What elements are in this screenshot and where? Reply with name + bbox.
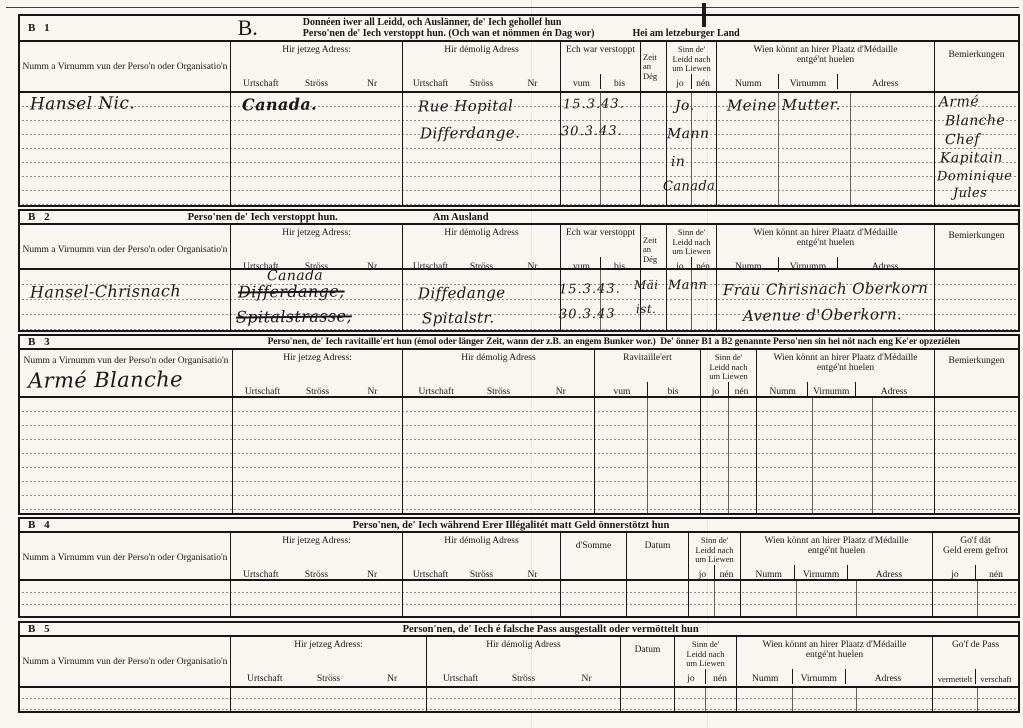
jo-label: jo xyxy=(691,565,714,580)
subcolumn-divider xyxy=(728,398,729,513)
column-divider xyxy=(560,93,561,205)
stross-label: Ströss xyxy=(492,669,555,684)
numm-label: Numm xyxy=(719,74,778,89)
jo-label: jo xyxy=(669,74,691,89)
section-subtitle: Am Ausland xyxy=(433,212,489,223)
section-b2-titlebar: B 2 Perso'nen de' Iech verstoppt hun. Am… xyxy=(20,211,1018,225)
handwritten-demolig-line2: Spitalstr. xyxy=(422,311,495,327)
col-header-datum: Datum xyxy=(620,637,674,686)
section-b3: B 3 Perso'nen, de' Iech ravitaille'ert h… xyxy=(18,334,1020,515)
handwritten-demolig-line1: Rue Hopital xyxy=(418,99,513,115)
col-header-verstoppt: Ech war verstoppt vumbis xyxy=(560,225,640,274)
ravitailleert-sublabels: vumbis xyxy=(597,382,698,397)
handwritten-date-from: 15.3.43. xyxy=(563,98,625,112)
col-header-medaille: Wien könnt an hirer Plaatz d'Médaille en… xyxy=(756,350,934,399)
verstoppt-label: Ech war verstoppt xyxy=(563,45,638,55)
col-header-jetzeg-adress: Hir jetzeg Adress: UrtschaftStrössNr xyxy=(230,42,402,91)
column-divider xyxy=(620,688,621,711)
col-header-bemierkungen: Bemierkungen xyxy=(934,225,1018,274)
virnumm-label: Virnumm xyxy=(794,565,846,580)
stross-label: Ströss xyxy=(290,382,345,397)
col-header-sinn-liewen: Sinn de' Leidd nach um Liewen jonén xyxy=(666,42,716,91)
section-title: Perso'nen, de' Iech während Erer Illégal… xyxy=(353,520,670,531)
sinn-labels: Sinn de' Leidd nach um Liewen xyxy=(677,640,734,669)
section-b1-body: Hansel Nic. Canada. Rue Hopital Differda… xyxy=(20,93,1018,205)
column-divider xyxy=(666,270,667,330)
gof-pass-label: Go'f de Pass xyxy=(935,640,1016,650)
stross-label: Ströss xyxy=(297,669,361,684)
section-b5-header: Numm a Virnumm vun der Perso'n oder Orga… xyxy=(20,637,1018,688)
column-divider xyxy=(232,398,233,513)
col-header-sinn-liewen: Sinn de' Leidd nach um Liewen jonén xyxy=(666,225,716,274)
handwritten-bem-4: Kapitain xyxy=(940,151,1003,166)
handwritten-bem-1: Armé xyxy=(939,95,979,109)
stross-label: Ströss xyxy=(467,382,529,397)
column-divider xyxy=(934,270,935,330)
bemierkungen-label: Bemierkungen xyxy=(937,50,1016,60)
jetzeg-label: Hir jetzeg Adress: xyxy=(233,640,424,650)
handwritten-date-to: 30.3.43 xyxy=(559,308,616,322)
column-divider xyxy=(934,398,935,513)
title-part1: Perso'nen, de' Iech ravitaille'ert hun (… xyxy=(268,337,656,347)
handwritten-zeit-2: ist. xyxy=(636,303,656,315)
ravitailleert-label: Ravitaille'ert xyxy=(597,353,698,363)
subcolumn-divider xyxy=(812,398,813,513)
handwritten-zeit-1: Mäi xyxy=(634,279,659,291)
zeit-label-3: Dég xyxy=(643,255,664,265)
medaille-label-1: Wien könnt an hirer Plaatz d'Médaille xyxy=(719,45,932,55)
nen-label: nén xyxy=(714,565,738,580)
col-header-gof-pass: Go'f de Pass vermetteltverschaft xyxy=(932,637,1018,686)
medaille-label-1: Wien könnt an hirer Plaatz d'Médaille xyxy=(759,353,932,363)
handwritten-jetzeg-old1: Differdange, xyxy=(238,283,345,300)
col-header-zeit: Zeit an Dég xyxy=(640,225,666,274)
handwritten-medaille-line2: Avenue d'Oberkorn. xyxy=(743,307,902,324)
col-header-ravitailleert: Ravitaille'ert vumbis xyxy=(594,350,700,399)
col-header-demolig-adress: Hir démolig Adress UrtschaftStrössNr xyxy=(402,350,594,399)
nen-label: nén xyxy=(975,565,1016,580)
somme-label: d'Somme xyxy=(563,541,624,551)
col-header-medaille: Wien könnt an hirer Plaatz d'Médaille en… xyxy=(716,42,934,91)
column-divider xyxy=(402,398,403,513)
handwritten-liewen-2: Mann xyxy=(667,127,709,141)
handwritten-demolig-line2: Differdange. xyxy=(420,125,520,141)
col-header-jetzeg-adress: Hir jetzeg Adress: UrtschaftStrössNr xyxy=(232,350,402,399)
col-header-name-label: Numm a Virnumm vun der Perso'n oder Orga… xyxy=(22,356,230,366)
nr-label: Nr xyxy=(344,74,400,89)
jetzeg-sublabels: UrtschaftStrössNr xyxy=(233,669,424,684)
handwritten-name: Hansel Nic. xyxy=(30,95,135,113)
gof-geld-labels: Go'f dät Geld erem gefrot xyxy=(935,536,1016,556)
column-divider xyxy=(716,270,717,330)
jetzeg-label: Hir jetzeg Adress: xyxy=(233,536,400,546)
column-divider xyxy=(932,581,933,616)
sinn-labels: Sinn de' Leidd nach um Liewen xyxy=(691,536,738,565)
column-divider xyxy=(402,93,403,205)
bemierkungen-label: Bemierkungen xyxy=(937,231,1016,241)
section-id: B 1 xyxy=(28,22,53,34)
urtschaft-label: Urtschaft xyxy=(429,669,492,684)
col-header-demolig-adress: Hir démolig Adress UrtschaftStrössNr xyxy=(402,225,560,274)
jetzeg-sublabels: UrtschaftStrössNr xyxy=(233,74,400,89)
col-header-name-label: Numm a Virnumm vun der Perso'n oder Orga… xyxy=(22,245,228,255)
urtschaft-label: Urtschaft xyxy=(233,74,289,89)
col-header-datum: Datum xyxy=(626,533,688,582)
demolig-label: Hir démolig Adress xyxy=(405,228,558,238)
medaille-label-1: Wien könnt an hirer Plaatz d'Médaille xyxy=(719,228,932,238)
gof-geld-label-1: Go'f dät xyxy=(935,536,1016,546)
sinn-sublabels: jonén xyxy=(677,669,734,684)
nen-label: nén xyxy=(705,669,734,684)
column-divider xyxy=(756,398,757,513)
col-header-demolig-adress: Hir démolig Adress UrtschaftStrössNr xyxy=(402,533,560,582)
jetzeg-sublabels: UrtschaftStrössNr xyxy=(233,565,400,580)
column-divider xyxy=(700,398,701,513)
col-header-name: Numm a Virnumm vun der Perso'n oder Orga… xyxy=(20,637,230,686)
col-header-demolig-adress: Hir démolig Adress UrtschaftStrössNr xyxy=(402,42,560,91)
col-header-medaille: Wien könnt an hirer Plaatz d'Médaille en… xyxy=(716,225,934,274)
subcolumn-divider xyxy=(977,581,978,616)
handwritten-bem-3: Chef xyxy=(945,133,980,147)
adress-label: Adress xyxy=(847,565,930,580)
sinn-sublabels: jonén xyxy=(691,565,738,580)
demolig-sublabels: UrtschaftStrössNr xyxy=(429,669,618,684)
section-b1: B 1 B. Donnéen iwer all Leidd, och Auslä… xyxy=(18,14,1020,207)
demolig-label: Hir démolig Adress xyxy=(405,353,592,363)
col-header-medaille: Wien könnt an hirer Plaatz d'Médaille en… xyxy=(736,637,932,686)
subcolumn-divider xyxy=(705,688,706,711)
col-header-medaille: Wien könnt an hirer Plaatz d'Médaille en… xyxy=(740,533,932,582)
vermettelt-label: vermettelt xyxy=(935,669,975,684)
section-b4-body xyxy=(20,581,1018,616)
bis-label: bis xyxy=(647,382,698,397)
urtschaft-label: Urtschaft xyxy=(233,669,297,684)
column-divider xyxy=(688,581,689,616)
demolig-label: Hir démolig Adress xyxy=(405,45,558,55)
title-line1: Donnéen iwer all Leidd, och Auslänner, d… xyxy=(303,17,740,29)
urtschaft-label: Urtschaft xyxy=(235,382,290,397)
col-header-zeit: Zeit an Dég xyxy=(640,42,666,91)
column-divider xyxy=(640,93,641,205)
medaille-label-2: entgé'nt huelen xyxy=(743,546,930,556)
col-header-sinn-liewen: Sinn de' Leidd nach um Liewen jonén xyxy=(700,350,756,399)
section-b4-header: Numm a Virnumm vun der Perso'n oder Orga… xyxy=(20,533,1018,581)
medaille-labels: Wien könnt an hirer Plaatz d'Médaille en… xyxy=(739,640,930,660)
col-header-verstoppt: Ech war verstoppt vumbis xyxy=(560,42,640,91)
col-header-somme: d'Somme xyxy=(560,533,626,582)
sinn-label-3: um Liewen xyxy=(677,659,734,669)
adress-label: Adress xyxy=(845,669,930,684)
col-header-jetzeg-adress: Hir jetzeg Adress: UrtschaftStrössNr xyxy=(230,533,402,582)
demolig-sublabels: UrtschaftStrössNr xyxy=(405,74,558,89)
handwritten-bem-6: Jules xyxy=(953,187,987,200)
handwritten-liewen-3: in xyxy=(671,155,685,169)
bis-label: bis xyxy=(600,74,638,89)
column-divider xyxy=(560,581,561,616)
numm-label: Numm xyxy=(759,382,807,397)
handwritten-demolig-line1: Diffedange xyxy=(418,286,506,302)
vum-label: vum xyxy=(563,74,600,89)
column-divider xyxy=(626,581,627,616)
subcolumn-divider xyxy=(850,93,851,205)
nen-label: nén xyxy=(728,382,754,397)
numm-label: Numm xyxy=(739,669,792,684)
medaille-sublabels: NummVirnummAdress xyxy=(759,382,932,397)
verstoppt-sublabels: vumbis xyxy=(563,74,638,89)
column-divider xyxy=(230,270,231,330)
demolig-sublabels: UrtschaftStrössNr xyxy=(405,382,592,397)
datum-label: Datum xyxy=(629,541,686,551)
handwritten-date-from: 15.3.43. xyxy=(559,283,621,297)
gof-geld-sublabels: jonén xyxy=(935,565,1016,580)
vum-label: vum xyxy=(597,382,647,397)
subcolumn-divider xyxy=(796,581,797,616)
medaille-label-1: Wien könnt an hirer Plaatz d'Médaille xyxy=(739,640,930,650)
medaille-labels: Wien könnt an hirer Plaatz d'Médaille en… xyxy=(719,228,932,248)
medaille-label-1: Wien könnt an hirer Plaatz d'Médaille xyxy=(743,536,930,546)
col-header-sinn-liewen: Sinn de' Leidd nach um Liewen jonén xyxy=(674,637,736,686)
section-id: B 3 xyxy=(28,336,53,348)
section-b4-titlebar: B 4 Perso'nen, de' Iech während Erer Ill… xyxy=(20,519,1018,533)
bemierkungen-label: Bemierkungen xyxy=(937,356,1016,366)
adress-label: Adress xyxy=(837,74,932,89)
section-b5-body xyxy=(20,688,1018,711)
col-header-name: Numm a Virnumm vun der Perso'n oder Orga… xyxy=(20,42,230,91)
jo-label: jo xyxy=(703,382,728,397)
section-title: Perso'nen, de' Iech ravitaille'ert hun (… xyxy=(268,337,960,347)
zeit-label-3: Dég xyxy=(643,72,664,82)
medaille-label-2: entgé'nt huelen xyxy=(759,363,932,373)
col-header-jetzeg-adress: Hir jetzeg Adress: UrtschaftStrössNr xyxy=(230,225,402,274)
demolig-label: Hir démolig Adress xyxy=(429,640,618,650)
col-header-name-label: Numm a Virnumm vun der Perso'n oder Orga… xyxy=(22,657,228,667)
section-id: B 4 xyxy=(28,519,53,531)
jo-label: jo xyxy=(677,669,705,684)
nr-label: Nr xyxy=(555,669,618,684)
virnumm-label: Virnumm xyxy=(807,382,856,397)
section-b2: B 2 Perso'nen de' Iech verstoppt hun. Am… xyxy=(18,209,1020,332)
sinn-labels: Sinn de' Leidd nach um Liewen xyxy=(669,45,714,74)
stross-label: Ströss xyxy=(456,565,507,580)
numm-label: Numm xyxy=(743,565,794,580)
col-header-name-label: Numm a Virnumm vun der Perso'n oder Orga… xyxy=(22,553,228,563)
medaille-label-2: entgé'nt huelen xyxy=(719,55,932,65)
jo-label: jo xyxy=(935,565,975,580)
subcolumn-divider xyxy=(856,581,857,616)
nr-label: Nr xyxy=(344,565,400,580)
col-header-jetzeg-adress: Hir jetzeg Adress: UrtschaftStrössNr xyxy=(230,637,426,686)
adress-label: Adress xyxy=(855,382,932,397)
col-header-sinn-liewen: Sinn de' Leidd nach um Liewen jonén xyxy=(688,533,740,582)
sinn-label-3: um Liewen xyxy=(669,64,714,74)
subcolumn-divider xyxy=(977,688,978,711)
subcolumn-divider xyxy=(872,398,873,513)
col-header-name-label: Numm a Virnumm vun der Perso'n oder Orga… xyxy=(22,62,228,72)
handwritten-bem-2: Blanche xyxy=(945,114,1005,129)
jetzeg-label: Hir jetzeg Adress: xyxy=(233,45,400,55)
column-divider xyxy=(402,270,403,330)
subcolumn-divider xyxy=(792,688,793,711)
medaille-sublabels: NummVirnummAdress xyxy=(719,74,932,89)
medaille-labels: Wien könnt an hirer Plaatz d'Médaille en… xyxy=(719,45,932,65)
stross-label: Ströss xyxy=(456,74,507,89)
title-line2-suffix: Hei am letzeburger Land xyxy=(632,28,739,39)
column-divider xyxy=(230,581,231,616)
column-divider xyxy=(230,688,231,711)
column-divider xyxy=(736,688,737,711)
medaille-sublabels: NummVirnummAdress xyxy=(743,565,930,580)
section-letter: B. xyxy=(238,18,258,38)
column-divider xyxy=(932,688,933,711)
nr-label: Nr xyxy=(507,565,558,580)
virnumm-label: Virnumm xyxy=(778,74,838,89)
section-id: B 2 xyxy=(28,211,53,223)
datum-label: Datum xyxy=(623,645,672,655)
title-part2: De' önner B1 a B2 genannte Perso'nen sin… xyxy=(660,337,960,347)
col-header-demolig-adress: Hir démolig Adress UrtschaftStrössNr xyxy=(426,637,620,686)
medaille-sublabels: NummVirnummAdress xyxy=(739,669,930,684)
column-divider xyxy=(716,93,717,205)
sinn-labels: Sinn de' Leidd nach um Liewen xyxy=(669,228,714,257)
section-b1-header: Numm a Virnumm vun der Perso'n oder Orga… xyxy=(20,42,1018,93)
handwritten-jetzeg-old2: Spitalstrasse, xyxy=(236,308,352,325)
demolig-label: Hir démolig Adress xyxy=(405,536,558,546)
section-b4: B 4 Perso'nen, de' Iech während Erer Ill… xyxy=(18,517,1020,618)
handwritten-medaille-line1: Frau Chrisnach Oberkorn xyxy=(723,281,928,298)
nen-label: nén xyxy=(691,74,714,89)
handwritten-liewen-4: Canada xyxy=(663,180,715,194)
demolig-sublabels: UrtschaftStrössNr xyxy=(405,565,558,580)
col-header-bemierkungen: Bemierkungen xyxy=(934,42,1018,91)
verschaft-label: verschaft xyxy=(975,669,1016,684)
section-b1-titlebar: B 1 B. Donnéen iwer all Leidd, och Auslä… xyxy=(20,16,1018,42)
section-b3-titlebar: B 3 Perso'nen, de' Iech ravitaille'ert h… xyxy=(20,336,1018,350)
urtschaft-label: Urtschaft xyxy=(405,565,456,580)
column-divider xyxy=(594,398,595,513)
gof-pass-sublabels: vermetteltverschaft xyxy=(935,669,1016,684)
section-title: Donnéen iwer all Leidd, och Auslänner, d… xyxy=(303,17,740,40)
scan-edge-line xyxy=(6,7,1019,8)
subcolumn-divider xyxy=(714,581,715,616)
nr-label: Nr xyxy=(530,382,592,397)
scanned-form-page: B 1 B. Donnéen iwer all Leidd, och Auslä… xyxy=(0,0,1023,728)
col-header-name: Numm a Virnumm vun der Perso'n oder Orga… xyxy=(20,533,230,582)
medaille-labels: Wien könnt an hirer Plaatz d'Médaille en… xyxy=(759,353,932,373)
nr-label: Nr xyxy=(507,74,558,89)
urtschaft-label: Urtschaft xyxy=(405,382,467,397)
handwritten-jetzeg-urtschaft: Canada. xyxy=(242,97,317,114)
handwritten-name: Hansel-Chrisnach xyxy=(30,283,181,301)
col-header-bemierkungen: Bemierkungen xyxy=(934,350,1018,399)
column-divider xyxy=(740,581,741,616)
verstoppt-label: Ech war verstoppt xyxy=(563,228,638,238)
nr-label: Nr xyxy=(345,382,400,397)
section-b2-header: Numm a Virnumm vun der Perso'n oder Orga… xyxy=(20,225,1018,270)
col-header-name: Numm a Virnumm vun der Perso'n oder Orga… xyxy=(20,225,230,274)
medaille-label-2: entgé'nt huelen xyxy=(739,650,930,660)
jetzeg-label: Hir jetzeg Adress: xyxy=(235,353,400,363)
section-b5: B 5 Person'nen, de' Iech é falsche Pass … xyxy=(18,621,1020,713)
sinn-sublabels: jonén xyxy=(703,382,754,397)
column-divider xyxy=(230,93,231,205)
column-divider xyxy=(674,688,675,711)
medaille-label-2: entgé'nt huelen xyxy=(719,238,932,248)
handwritten-liewen-1: Jo. xyxy=(675,99,695,113)
subcolumn-divider xyxy=(856,688,857,711)
section-title: Person'nen, de' Iech é falsche Pass ausg… xyxy=(403,624,699,635)
column-divider xyxy=(426,688,427,711)
title-line2: Perso'nen de' Iech verstoppt hun. (Och w… xyxy=(303,28,740,40)
col-header-gof-geld: Go'f dät Geld erem gefrot jonén xyxy=(932,533,1018,582)
sinn-label-3: um Liewen xyxy=(669,247,714,257)
column-divider xyxy=(402,581,403,616)
section-b2-body: Hansel-Chrisnach Canada Differdange, Spi… xyxy=(20,270,1018,330)
urtschaft-label: Urtschaft xyxy=(405,74,456,89)
handwritten-date-to: 30.3.43. xyxy=(561,125,623,139)
section-b5-titlebar: B 5 Person'nen, de' Iech é falsche Pass … xyxy=(20,623,1018,637)
stross-label: Ströss xyxy=(289,74,345,89)
sinn-sublabels: jonén xyxy=(669,74,714,89)
handwritten-bem-5: Dominique xyxy=(937,170,1012,184)
sinn-label-3: um Liewen xyxy=(703,372,754,382)
virnumm-label: Virnumm xyxy=(792,669,846,684)
handwritten-liewen: Mann xyxy=(668,279,708,292)
sinn-label-3: um Liewen xyxy=(691,555,738,565)
section-id: B 5 xyxy=(28,623,53,635)
jetzeg-label: Hir jetzeg Adress: xyxy=(233,228,400,238)
stross-label: Ströss xyxy=(289,565,345,580)
medaille-labels: Wien könnt an hirer Plaatz d'Médaille en… xyxy=(743,536,930,556)
urtschaft-label: Urtschaft xyxy=(233,565,289,580)
title-line2-text: Perso'nen de' Iech verstoppt hun. (Och w… xyxy=(303,28,595,39)
handwritten-medaille-name: Meine Mutter. xyxy=(727,97,841,113)
jetzeg-sublabels: UrtschaftStrössNr xyxy=(235,382,400,397)
nr-label: Nr xyxy=(360,669,424,684)
handwritten-organisation-name: Armé Blanche xyxy=(28,369,183,392)
gof-geld-label-2: Geld erem gefrot xyxy=(935,546,1016,556)
section-title: Perso'nen de' Iech verstoppt hun. xyxy=(188,212,338,223)
subcolumn-divider xyxy=(647,398,648,513)
sinn-labels: Sinn de' Leidd nach um Liewen xyxy=(703,353,754,382)
section-b3-body xyxy=(20,398,1018,513)
column-divider xyxy=(934,93,935,205)
